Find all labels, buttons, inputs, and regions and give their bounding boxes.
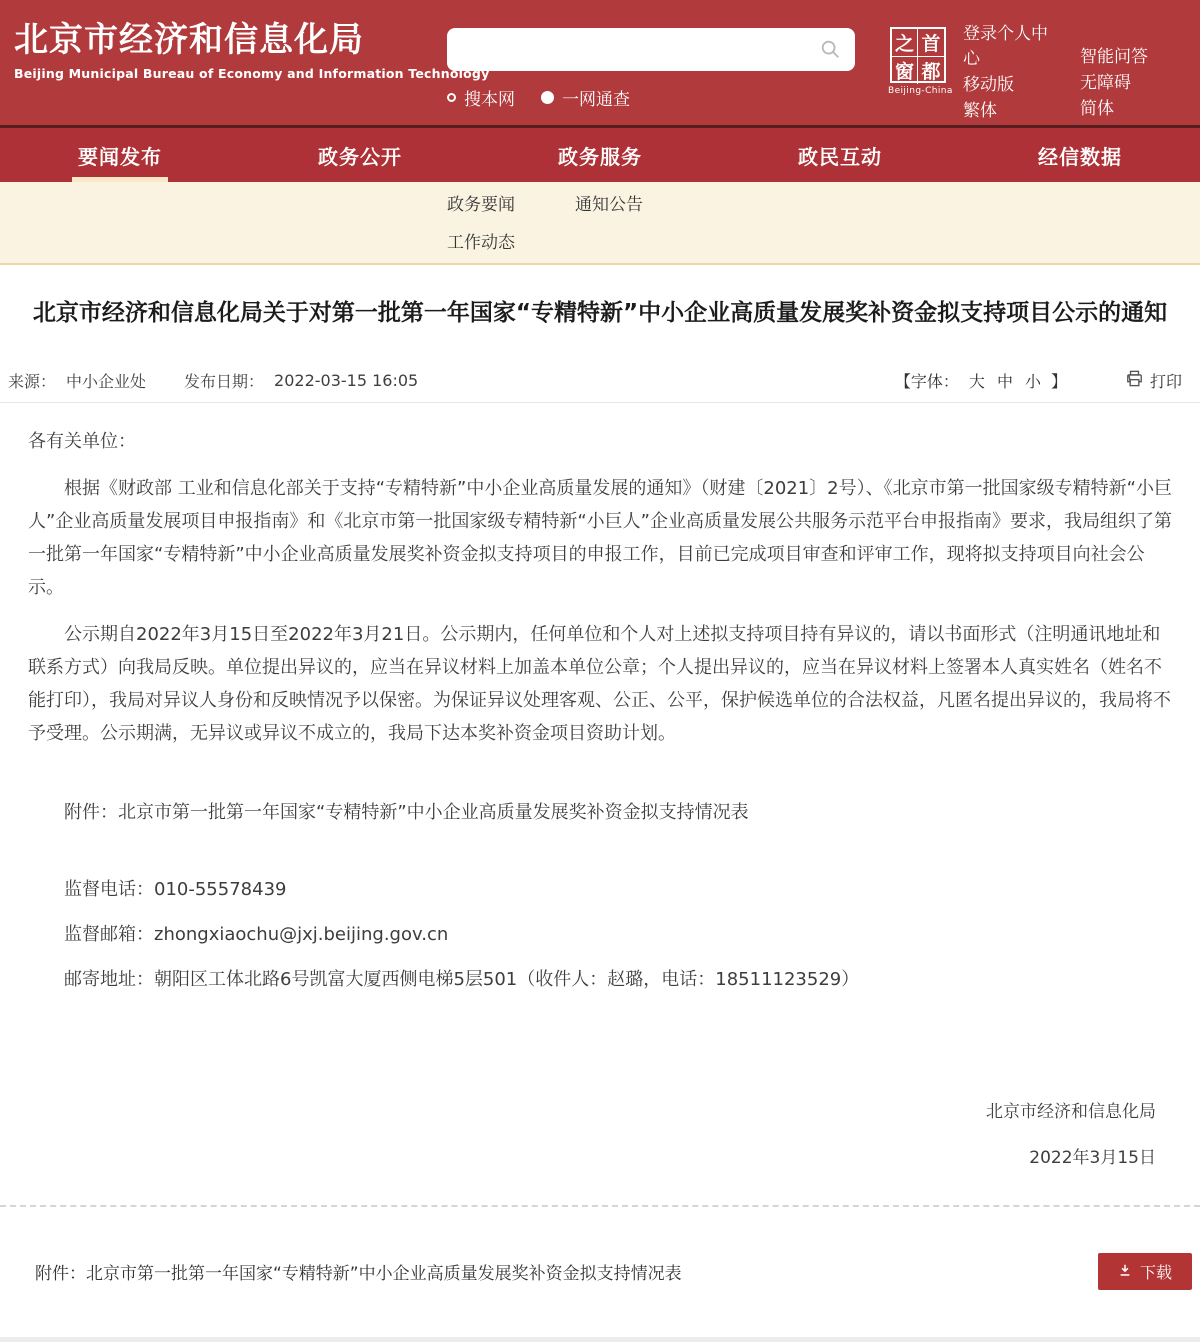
paragraph-basis: 根据《财政部 工业和信息化部关于支持“专精特新”中小企业高质量发展的通知》（财建… (28, 472, 1172, 604)
search-box[interactable] (447, 28, 855, 71)
signature-block: 北京市经济和信息化局 2022年3月15日 (28, 1096, 1172, 1175)
article-meta-left: 来源： 中小企业处 发布日期： 2022-03-15 16:05 (8, 369, 418, 392)
capital-window-logo[interactable]: 之 首 窗 都 Beijing-China (888, 27, 948, 96)
quick-links-column-1: 登录个人中心 移动版 繁体 (963, 22, 1059, 125)
article-body: 各有关单位： 根据《财政部 工业和信息化部关于支持“专精特新”中小企业高质量发展… (0, 403, 1200, 1175)
download-icon (1118, 1262, 1132, 1281)
nav-item-gov-services[interactable]: 政务服务 (480, 128, 720, 182)
main-nav: 要闻发布 政务公开 政务服务 政民互动 经信数据 (0, 128, 1200, 182)
signature-date: 2022年3月15日 (28, 1142, 1156, 1175)
greeting-line: 各有关单位： (28, 425, 1172, 458)
capital-window-logo-box: 之 首 窗 都 (890, 27, 946, 83)
publish-date-label: 发布日期： (184, 369, 264, 392)
download-button[interactable]: 下载 (1098, 1253, 1192, 1290)
site-subtitle: Beijing Municipal Bureau of Economy and … (14, 66, 489, 81)
nav-item-public-interaction[interactable]: 政民互动 (720, 128, 960, 182)
download-label: 下载 (1140, 1260, 1172, 1283)
nav-item-gov-disclosure[interactable]: 政务公开 (240, 128, 480, 182)
sub-nav-row-2: 工作动态 (447, 232, 1200, 255)
source-label: 来源： (8, 369, 56, 392)
subnav-item-notices[interactable]: 通知公告 (575, 194, 643, 217)
sub-nav: 政务要闻 通知公告 工作动态 (0, 182, 1200, 265)
font-size-label-close: 】 (1051, 369, 1067, 392)
search-scope-network[interactable]: 一网通查 (541, 85, 630, 110)
site-header: 北京市经济和信息化局 Beijing Municipal Bureau of E… (0, 0, 1200, 125)
link-simplified-chinese[interactable]: 简体 (1080, 97, 1176, 122)
link-accessibility[interactable]: 无障碍 (1080, 71, 1176, 96)
nav-item-economic-data[interactable]: 经信数据 (960, 128, 1200, 182)
article-meta-right: 【字体： 大 中 小 】 打印 (895, 369, 1182, 392)
nav-item-news-release[interactable]: 要闻发布 (0, 128, 240, 182)
font-size-label-open: 【字体： (895, 369, 959, 392)
paragraph-publicity-period: 公示期自2022年3月15日至2022年3月21日。公示期内，任何单位和个人对上… (28, 618, 1172, 750)
article-meta-row: 来源： 中小企业处 发布日期： 2022-03-15 16:05 【字体： 大 … (0, 367, 1200, 393)
signature-org: 北京市经济和信息化局 (28, 1096, 1156, 1129)
footer-strip (0, 1337, 1200, 1342)
site-title: 北京市经济和信息化局 (14, 20, 489, 60)
link-smart-qa[interactable]: 智能问答 (1080, 45, 1176, 70)
subnav-item-work-updates[interactable]: 工作动态 (447, 232, 515, 255)
link-mobile-version[interactable]: 移动版 (963, 73, 1059, 98)
search-scope-site-label: 搜本网 (464, 85, 515, 110)
article: 北京市经济和信息化局关于对第一批第一年国家“专精特新”中小企业高质量发展奖补资金… (0, 265, 1200, 1337)
supervision-email-line: 监督邮箱：zhongxiaochu@jxj.beijing.gov.cn (28, 918, 1172, 951)
radio-unselected-icon (447, 93, 456, 102)
search-scope-site[interactable]: 搜本网 (447, 85, 515, 110)
logo-char-br: 都 (918, 57, 944, 84)
supervision-phone-line: 监督电话：010-55578439 (28, 873, 1172, 906)
radio-selected-icon (541, 91, 554, 104)
search-area: 搜本网 一网通查 (447, 28, 855, 110)
search-scope-options: 搜本网 一网通查 (447, 85, 855, 110)
print-button[interactable]: 打印 (1125, 369, 1182, 392)
logo-caption: Beijing-China (888, 86, 948, 96)
article-title: 北京市经济和信息化局关于对第一批第一年国家“专精特新”中小企业高质量发展奖补资金… (6, 295, 1194, 331)
logo-char-tr: 首 (918, 29, 944, 57)
sub-nav-row-1: 政务要闻 通知公告 (447, 194, 1200, 217)
mailing-address-line: 邮寄地址：朝阳区工体北路6号凯富大厦西侧电梯5层501（收件人：赵璐，电话：18… (28, 963, 1172, 996)
site-brand[interactable]: 北京市经济和信息化局 Beijing Municipal Bureau of E… (14, 20, 489, 81)
font-size-medium-button[interactable]: 中 (997, 369, 1013, 392)
logo-char-tl: 之 (892, 29, 918, 57)
attachment-bar: 附件：北京市第一批第一年国家“专精特新”中小企业高质量发展奖补资金拟支持情况表 … (0, 1253, 1200, 1290)
quick-links-column-2: 智能问答 无障碍 简体 (1080, 22, 1176, 123)
link-login-personal-center[interactable]: 登录个人中心 (963, 22, 1059, 72)
link-traditional-chinese[interactable]: 繁体 (963, 99, 1059, 124)
font-size-small-button[interactable]: 小 (1025, 369, 1041, 392)
search-icon[interactable] (819, 38, 841, 64)
attachment-reference-line: 附件：北京市第一批第一年国家“专精特新”中小企业高质量发展奖补资金拟支持情况表 (28, 796, 1172, 829)
source-value: 中小企业处 (66, 369, 146, 392)
page: 北京市经济和信息化局 Beijing Municipal Bureau of E… (0, 0, 1200, 1342)
printer-icon (1125, 369, 1144, 392)
font-size-large-button[interactable]: 大 (969, 369, 985, 392)
publish-date-value: 2022-03-15 16:05 (274, 371, 418, 390)
print-label: 打印 (1150, 369, 1182, 392)
attachment-file-name: 附件：北京市第一批第一年国家“专精特新”中小企业高质量发展奖补资金拟支持情况表 (35, 1259, 682, 1284)
logo-char-bl: 窗 (892, 57, 918, 84)
search-scope-network-label: 一网通查 (562, 85, 630, 110)
dashed-separator (0, 1205, 1200, 1207)
subnav-item-gov-news[interactable]: 政务要闻 (447, 194, 515, 217)
search-input[interactable] (459, 28, 809, 71)
